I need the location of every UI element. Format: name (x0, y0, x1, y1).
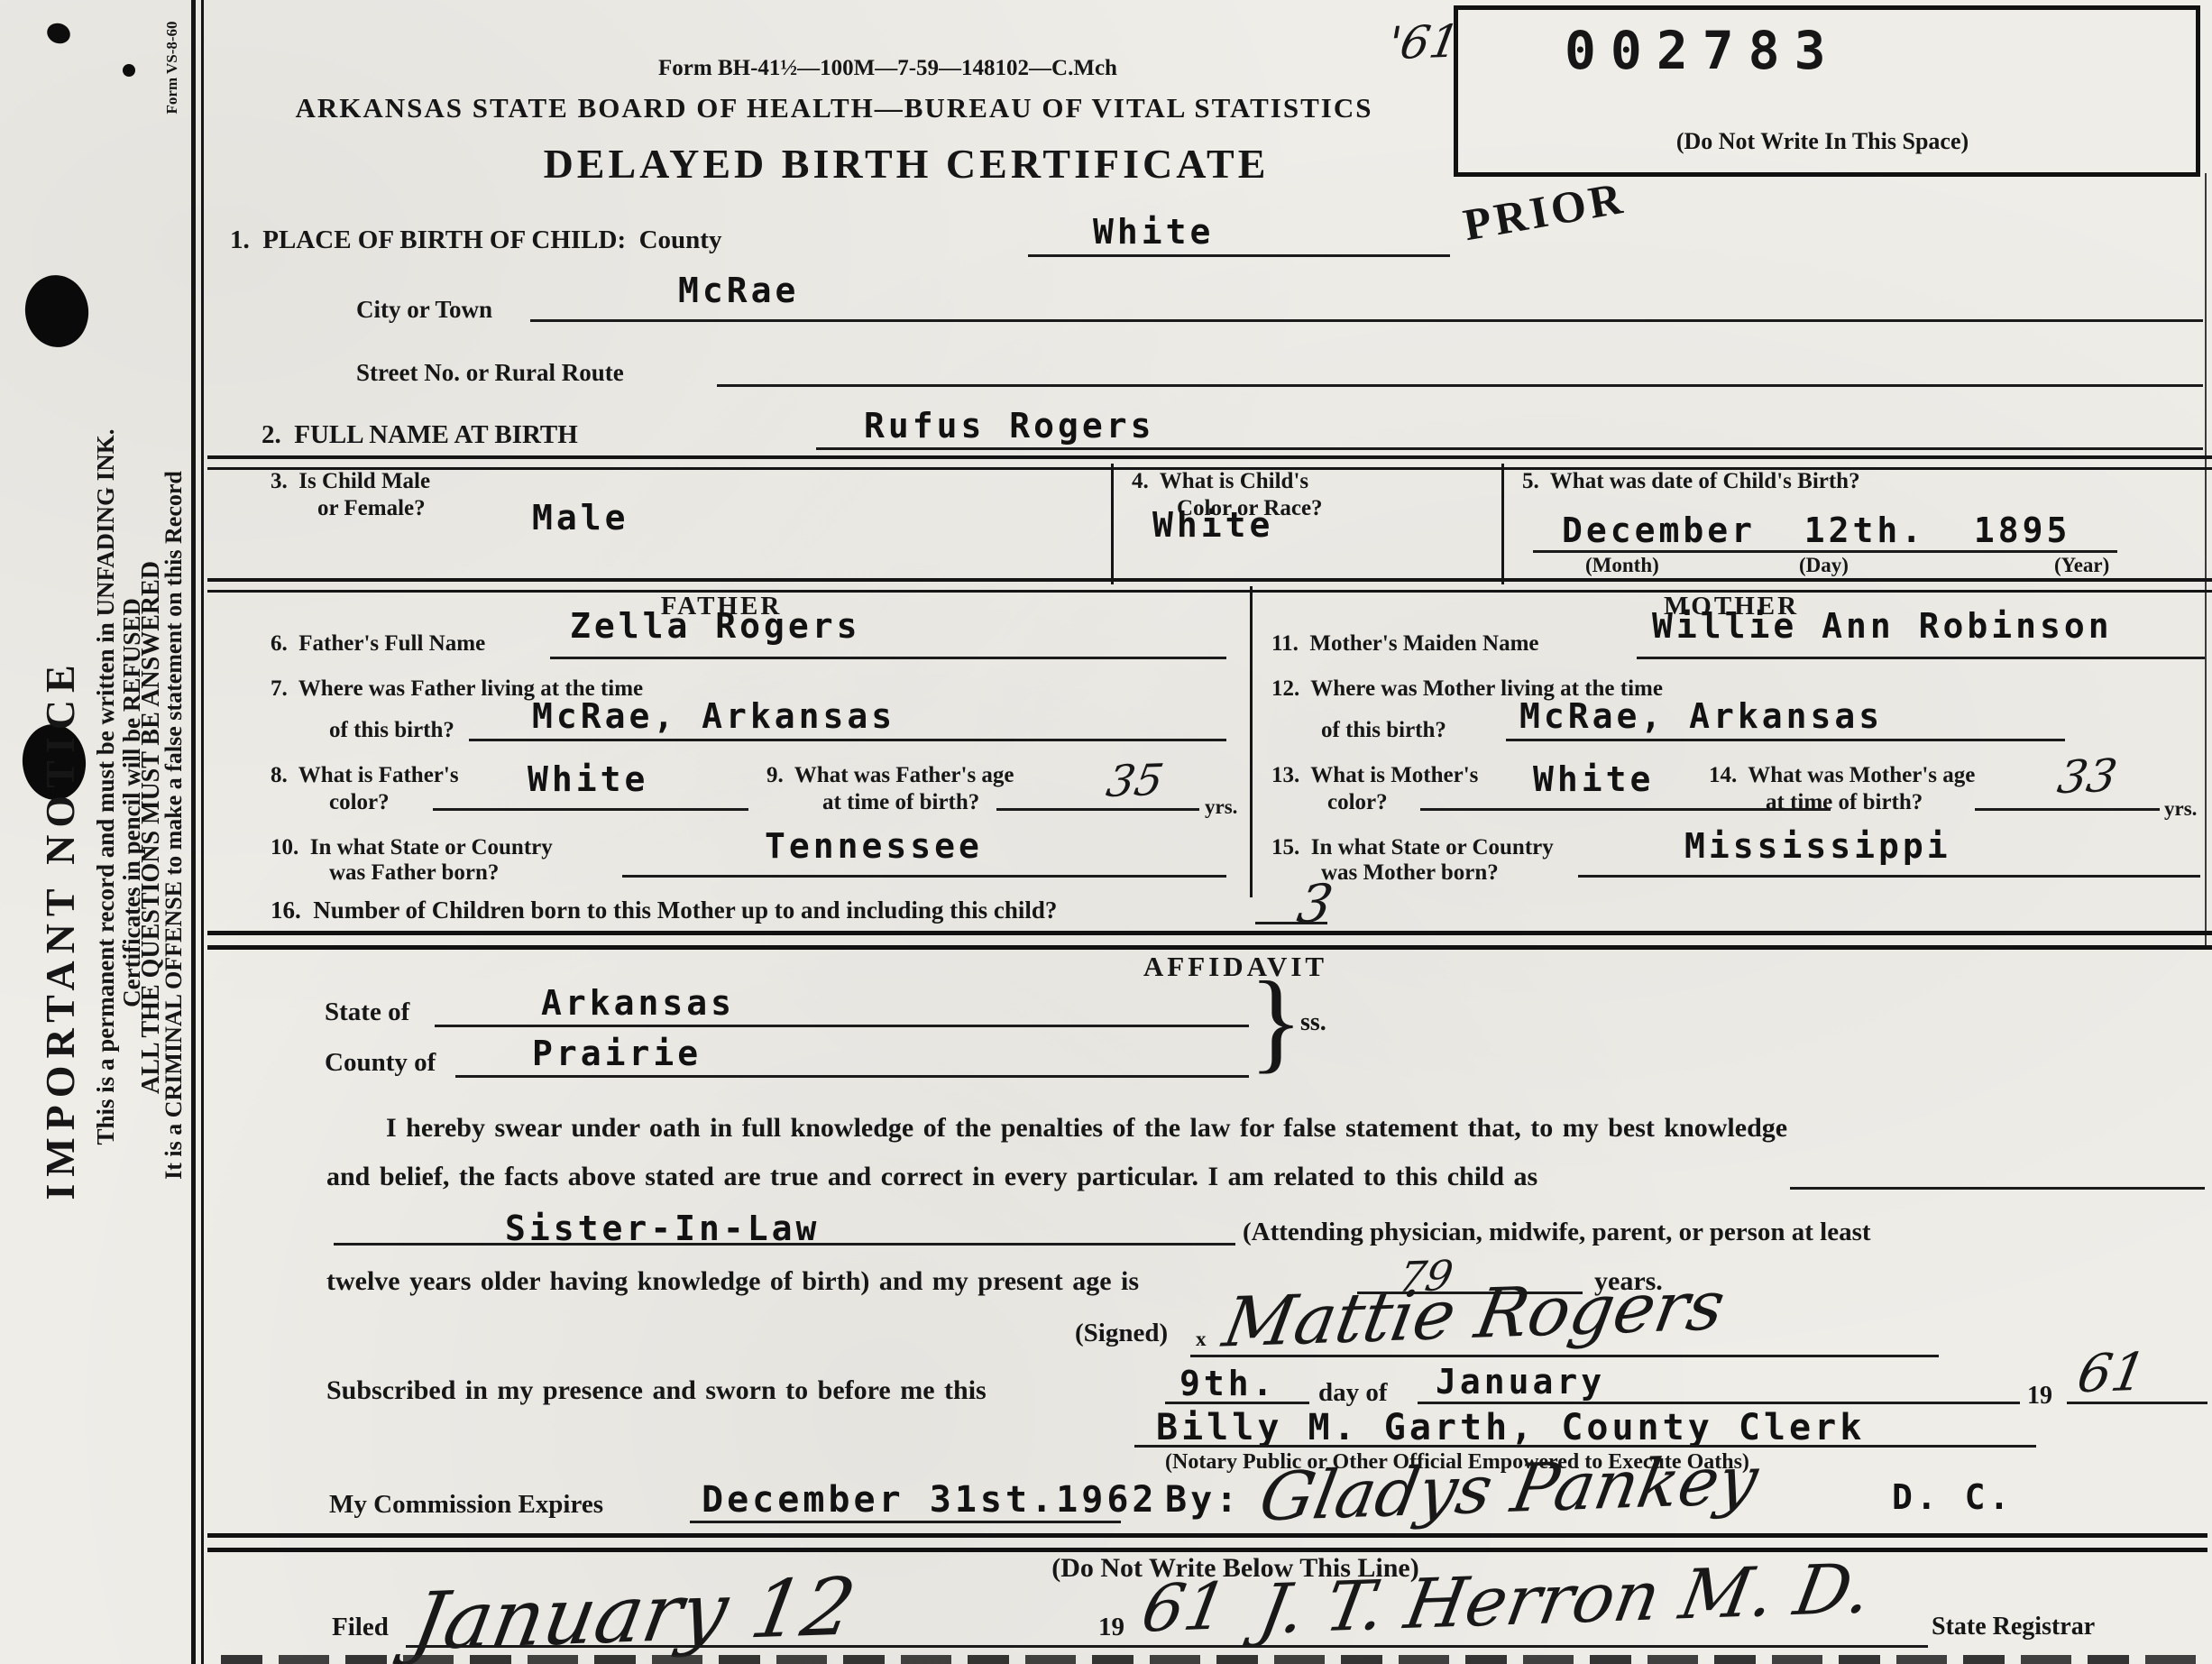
q2-label: 2. FULL NAME AT BIRTH (262, 420, 578, 450)
father-name-line (550, 595, 1226, 659)
year-caption: (Year) (2054, 554, 2109, 577)
affidavit-paragraph-1: I hereby swear under oath in full knowle… (386, 1113, 1787, 1144)
race-value: White (1152, 505, 1273, 545)
street-label: Street No. or Rural Route (356, 359, 624, 387)
mother-age-line (1975, 752, 2160, 811)
sidebar-important-notice: IMPORTANT NOTICE (36, 487, 84, 1371)
q10-label2: was Father born? (329, 860, 499, 886)
state-of-label: State of (325, 997, 409, 1027)
q14-label: 14. What was Mother's age (1709, 763, 1975, 788)
q15-label: 15. In what State or Country (1271, 835, 1554, 860)
q7-label2: of this birth? (329, 718, 454, 743)
section-rule (207, 455, 2212, 470)
county-line (1028, 180, 1450, 257)
mother-residence-line (1506, 681, 2065, 741)
sex-value: Male (532, 498, 629, 538)
mother-birthplace-line (1578, 817, 2200, 878)
affidavit-paragraph-2: and belief, the facts above stated are t… (326, 1162, 1537, 1192)
father-residence-line (469, 681, 1226, 741)
sidebar-criminal-offense-note: It is a CRIMINAL OFFENSE to make a false… (161, 257, 188, 1393)
mother-name-line (1637, 595, 2205, 659)
q3-label: 3. Is Child Male (271, 469, 430, 494)
affidavit-paragraph-4: twelve years older having knowledge of b… (326, 1266, 1139, 1297)
street-line (717, 325, 2203, 387)
father-color-line (433, 752, 748, 811)
attending-note: (Attending physician, midwife, parent, o… (1243, 1218, 1871, 1247)
commission-label: My Commission Expires (329, 1490, 603, 1520)
sworn-day-line (1165, 1353, 1309, 1404)
county-of-label: County of (325, 1048, 436, 1078)
cell-divider (1501, 464, 1504, 584)
city-line (530, 253, 2203, 322)
scan-speck (123, 64, 135, 77)
day-caption: (Day) (1799, 554, 1849, 577)
certificate-number: 002783 (1565, 20, 1840, 81)
section-rule-heavy (207, 931, 2212, 950)
section-rule (207, 578, 2212, 593)
relation-line-2 (334, 1191, 1235, 1246)
q4-label: 4. What is Child's (1132, 469, 1308, 494)
form-number: Form BH-41½—100M—7-59—148102—C.Mch (658, 56, 1117, 81)
q11-label: 11. Mother's Maiden Name (1271, 631, 1538, 657)
do-not-write-note: (Do Not Write In This Space) (1463, 128, 2182, 155)
column-divider (1250, 586, 1253, 897)
form-border-line (191, 0, 196, 1664)
delayed-birth-certificate-scan: Form VS-8-60 IMPORTANT NOTICE This is a … (0, 0, 2212, 1664)
q9-label2: at time of birth? (822, 790, 979, 815)
q1-label: 1. PLACE OF BIRTH OF CHILD: County (230, 225, 721, 255)
filed-label: Filed (332, 1613, 389, 1642)
q16-label: 16. Number of Children born to this Moth… (271, 896, 1057, 924)
father-age-line (996, 752, 1199, 811)
q9-label: 9. What was Father's age (766, 763, 1014, 788)
sworn-year-line (2067, 1353, 2207, 1404)
q10-label: 10. In what State or Country (271, 835, 553, 860)
form-border-line (201, 0, 204, 1664)
signature-line (1190, 1308, 1939, 1357)
ss-brace: } (1249, 958, 1303, 1087)
scan-speck (44, 20, 73, 47)
by-label: By: (1165, 1479, 1241, 1521)
agency-name: ARKANSAS STATE BOARD OF HEALTH—BUREAU OF… (216, 92, 1452, 124)
scan-edge-band (221, 1655, 2212, 1664)
sworn-month-line (1418, 1353, 2020, 1404)
bottom-rule-heavy (207, 1533, 2207, 1552)
commission-line (690, 1470, 1121, 1523)
father-yrs-suffix: yrs. (1205, 795, 1237, 819)
q12-label2: of this birth? (1321, 718, 1446, 743)
q8-label2: color? (329, 790, 390, 815)
dc-suffix: D. C. (1892, 1477, 2013, 1517)
q13-label2: color? (1327, 790, 1388, 815)
month-caption: (Month) (1585, 554, 1659, 577)
q8-label: 8. What is Father's (271, 763, 459, 788)
q14-label2: at time of birth? (1766, 790, 1923, 815)
date-line (1533, 487, 2117, 553)
registrar-label: State Registrar (1932, 1613, 2095, 1641)
relation-line-1 (1790, 1154, 2205, 1190)
clerk-line (1134, 1398, 2036, 1448)
name-line (816, 388, 2203, 450)
deputy-signature: Gladys Pankey (1254, 1441, 1764, 1536)
sworn-text: Subscribed in my presence and sworn to b… (326, 1375, 987, 1406)
q6-label: 6. Father's Full Name (271, 631, 485, 657)
handwritten-year-note: '61 (1384, 15, 1464, 70)
sidebar-form-code: Form VS-8-60 (163, 9, 181, 126)
q3-label2: or Female? (317, 496, 426, 521)
city-label: City or Town (356, 296, 492, 324)
scan-edge-line (2205, 173, 2207, 947)
cell-divider (1111, 464, 1114, 584)
filed-line (406, 1598, 1928, 1648)
ss-label: ss. (1300, 1008, 1326, 1037)
father-birthplace-line (622, 817, 1226, 878)
q15-label2: was Mother born? (1321, 860, 1499, 886)
sidebar-permanent-record-note: This is a permanent record and must be w… (92, 158, 120, 1416)
affidavit-county-line (455, 1016, 1249, 1078)
signed-label: (Signed) (1075, 1319, 1168, 1348)
hole-punch (21, 271, 93, 352)
